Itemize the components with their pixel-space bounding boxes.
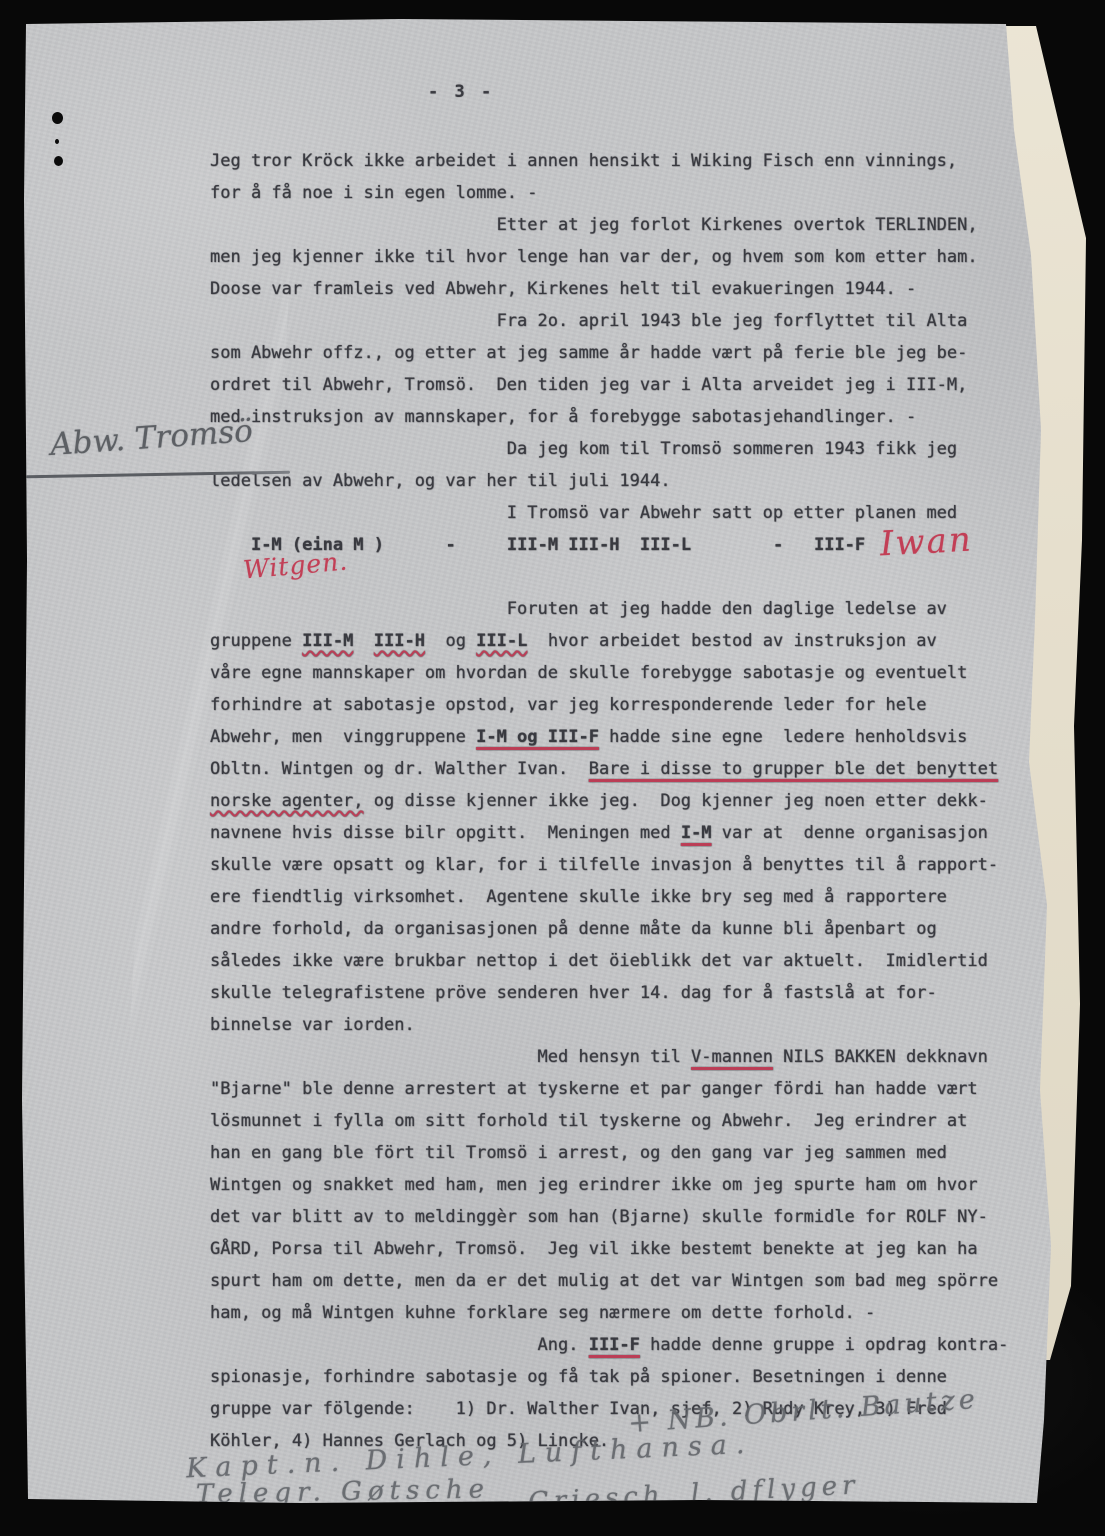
typed-line: Fra 2o. april 1943 ble jeg forflyttet ti…: [210, 306, 1040, 338]
typed-line: skulle være opsatt og klar, for i tilfel…: [210, 850, 1040, 882]
typed-line: Doose var framleis ved Abwehr, Kirkenes …: [210, 274, 1040, 306]
typed-line: norske agenter, og disse kjenner ikke je…: [210, 786, 1040, 818]
typed-line: med instruksjon av mannskaper, for å for…: [210, 402, 1040, 434]
pencil-annotation-telegr: Telegr. Gøtsche: [196, 1474, 491, 1509]
typed-line: Jeg tror Kröck ikke arbeidet i annen hen…: [210, 146, 1040, 178]
typed-line: Abwehr, men vinggruppene I-M og III-F ha…: [210, 722, 1040, 754]
typed-line: for å få noe i sin egen lomme. -: [210, 178, 1040, 210]
red-annotation-iwan: Iwan: [879, 520, 974, 565]
typed-line: Da jeg kom til Tromsö sommeren 1943 fikk…: [210, 434, 1040, 466]
typed-line: han en gang ble fört til Tromsö i arrest…: [210, 1138, 1040, 1170]
typed-line: det var blitt av to meldinggèr som han (…: [210, 1202, 1040, 1234]
paper-hole: [52, 112, 63, 124]
typed-line: Etter at jeg forlot Kirkenes overtok TER…: [210, 210, 1040, 242]
paper-hole: [54, 156, 63, 166]
typed-line: binnelse var iorden.: [210, 1010, 1040, 1042]
typed-line: Ang. III-F hadde denne gruppe i opdrag k…: [210, 1330, 1040, 1362]
typed-line: forhindre at sabotasje opstod, var jeg k…: [210, 690, 1040, 722]
pencil-annotation-griesch: Griesch, l. dflyger: [527, 1470, 860, 1517]
typed-line: "Bjarne" ble denne arrestert at tyskerne…: [210, 1074, 1040, 1106]
typed-line: Foruten at jeg hadde den daglige ledelse…: [210, 594, 1040, 626]
typed-line: ham, og må Wintgen kuhne forklare seg næ…: [210, 1298, 1040, 1330]
typed-line: Wintgen og snakket med ham, men jeg erin…: [210, 1170, 1040, 1202]
typed-line: våre egne mannskaper om hvordan de skull…: [210, 658, 1040, 690]
typed-line: gruppene III-M III-H og III-L hvor arbei…: [210, 626, 1040, 658]
page-number: - 3 -: [428, 82, 494, 102]
scanned-document: - 3 - Jeg tror Kröck ikke arbeidet i ann…: [0, 0, 1105, 1536]
typed-line: GÅRD, Porsa til Abwehr, Tromsö. Jeg vil …: [210, 1234, 1040, 1266]
typed-line: således ikke være brukbar nettop i det ö…: [210, 946, 1040, 978]
typed-line: skulle telegrafistene pröve senderen hve…: [210, 978, 1040, 1010]
typed-line: lösmunnet i fylla om sitt forhold til ty…: [210, 1106, 1040, 1138]
typed-line: navnene hvis disse bilr opgitt. Meningen…: [210, 818, 1040, 850]
typed-lines: Jeg tror Kröck ikke arbeidet i annen hen…: [210, 146, 1040, 1458]
typed-line: ledelsen av Abwehr, og var her til juli …: [210, 466, 1040, 498]
document-page: - 3 - Jeg tror Kröck ikke arbeidet i ann…: [0, 0, 1105, 1536]
paper-hole: [55, 139, 59, 144]
typed-line: ordret til Abwehr, Tromsö. Den tiden jeg…: [210, 370, 1040, 402]
typed-line: spurt ham om dette, men da er det mulig …: [210, 1266, 1040, 1298]
typed-line: Obltn. Wintgen og dr. Walther Ivan. Bare…: [210, 754, 1040, 786]
typed-line: ere fiendtlig virksomhet. Agentene skull…: [210, 882, 1040, 914]
typed-line: men jeg kjenner ikke til hvor lenge han …: [210, 242, 1040, 274]
typed-line: Med hensyn til V-mannen NILS BAKKEN dekk…: [210, 1042, 1040, 1074]
typed-line: andre forhold, da organisasjonen på denn…: [210, 914, 1040, 946]
typed-line: som Abwehr offz., og etter at jeg samme …: [210, 338, 1040, 370]
